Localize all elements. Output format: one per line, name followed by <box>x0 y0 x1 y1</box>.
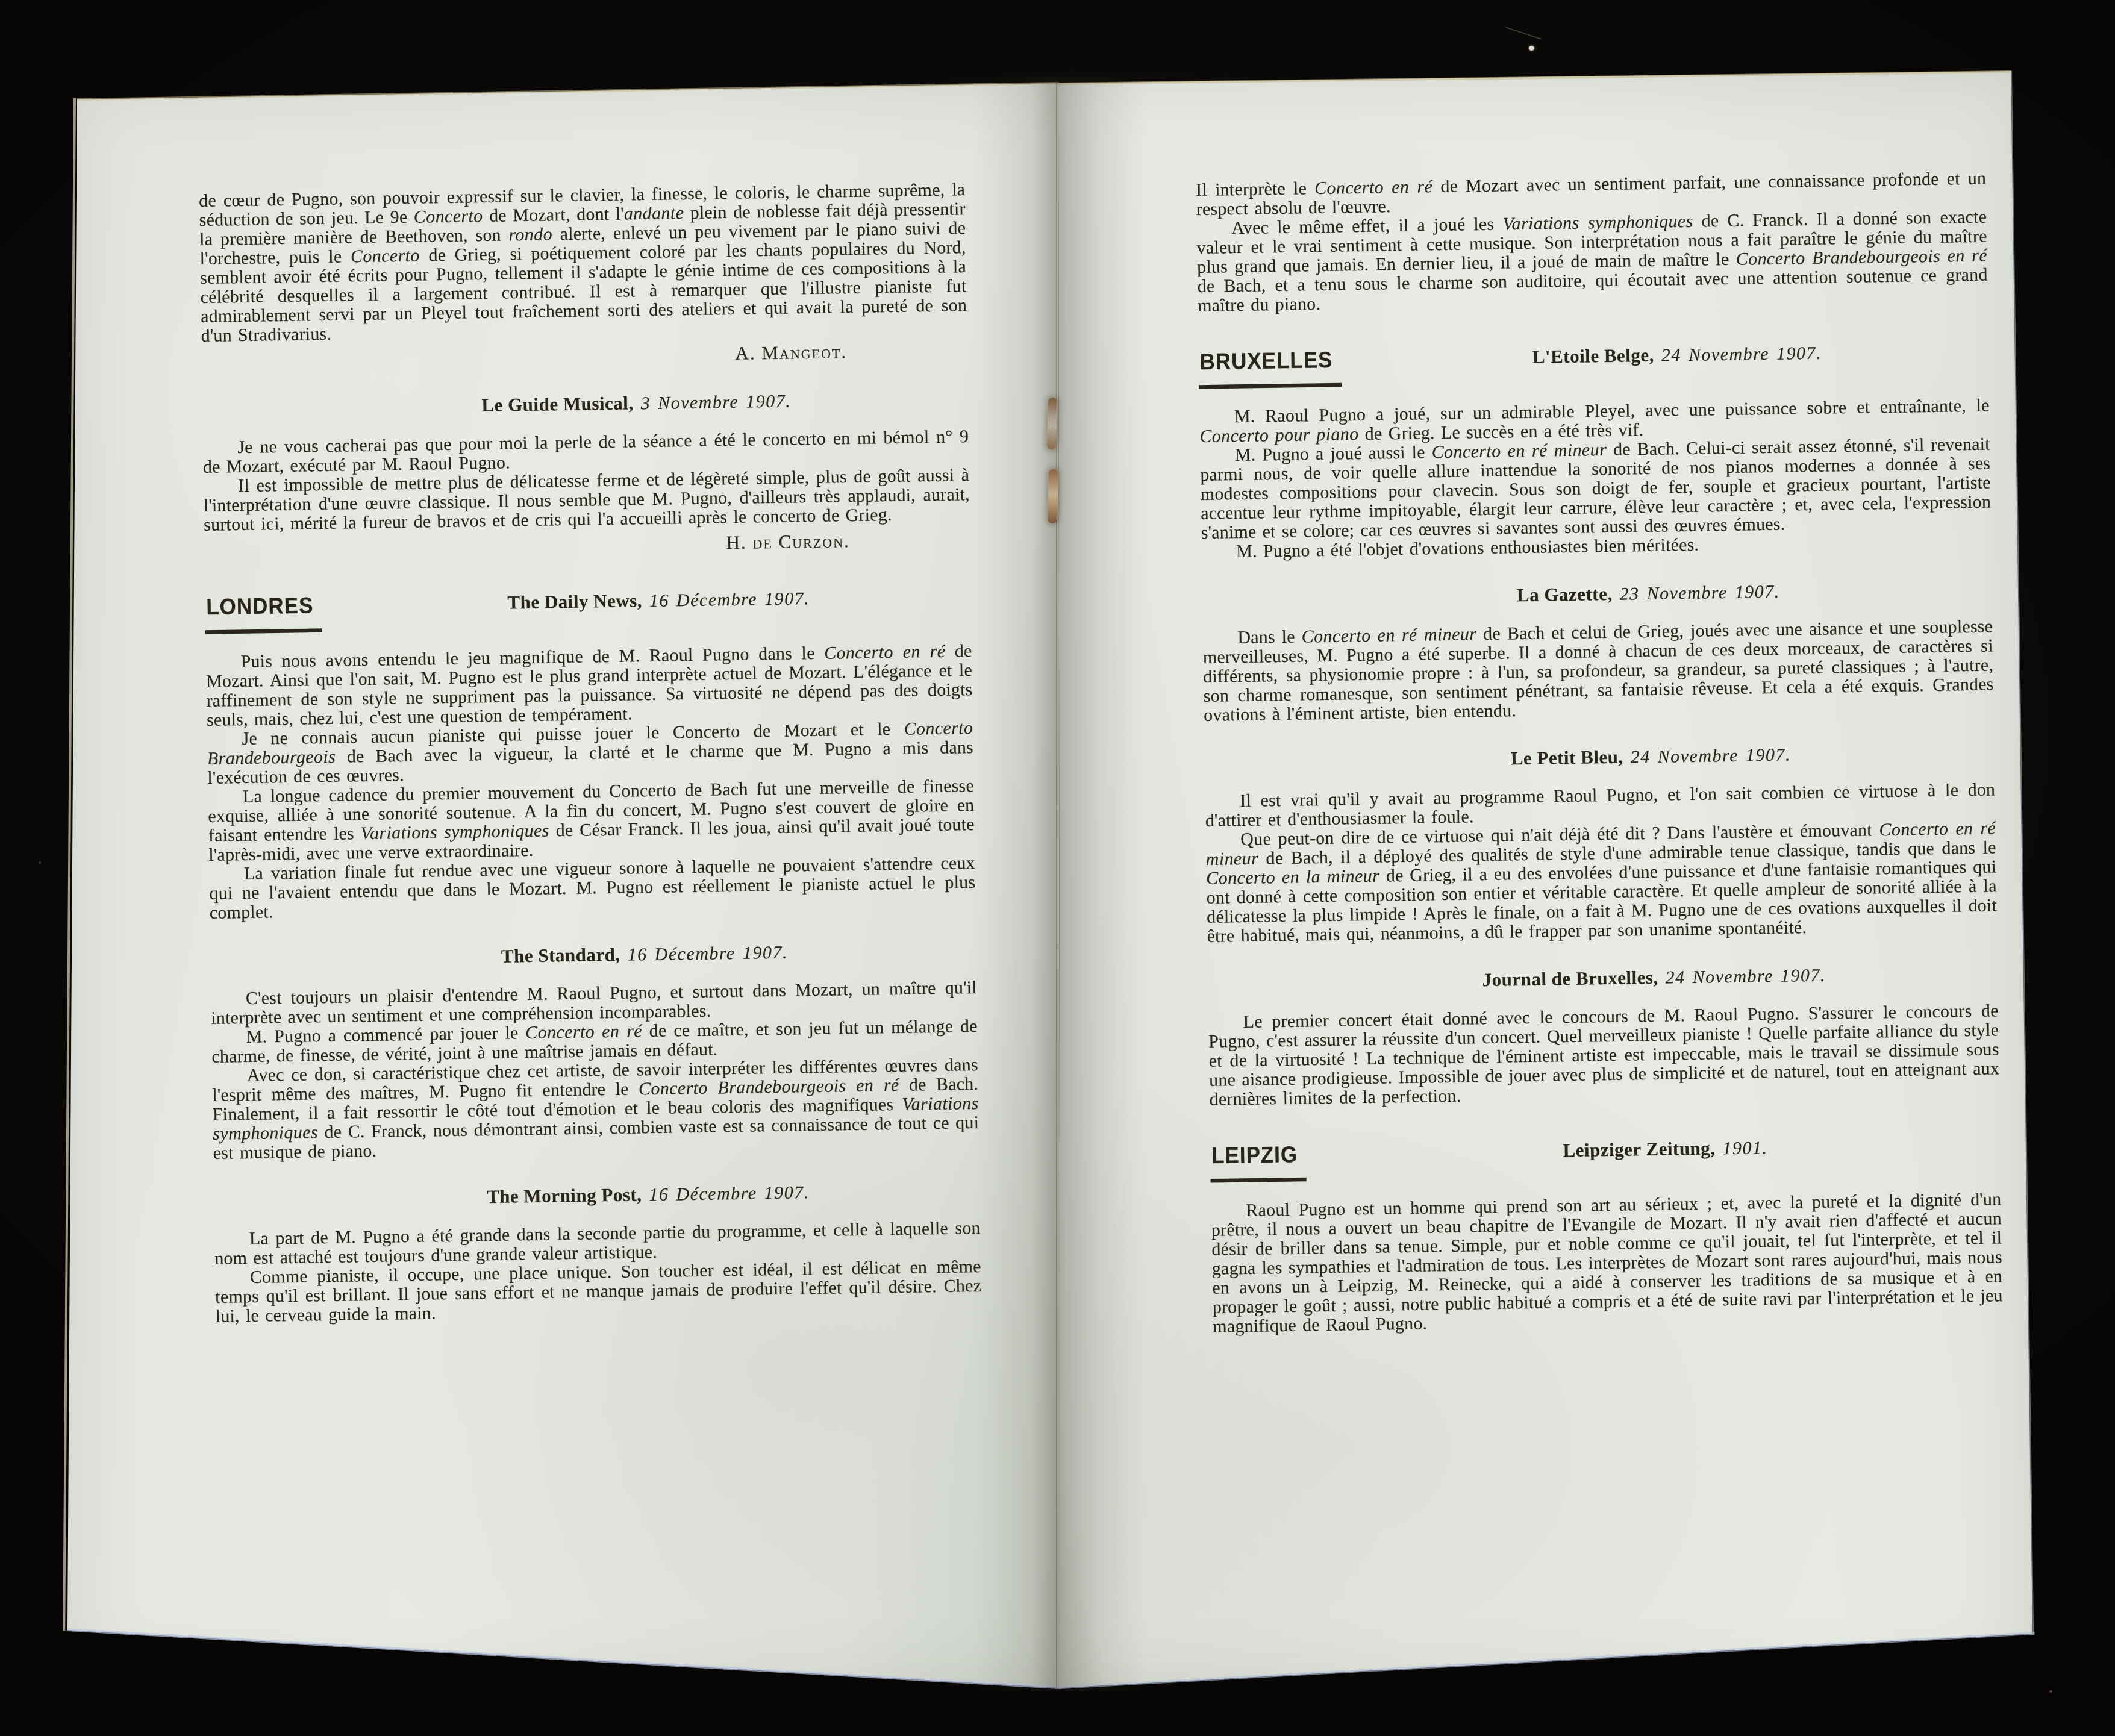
journal-name: La Gazette, <box>1517 583 1613 605</box>
review-paragraph: Dans le Concerto en ré mineur de Bach et… <box>1202 617 1994 725</box>
city-label: LONDRES <box>205 594 322 634</box>
journal-name: The Standard, <box>501 944 620 967</box>
journal-heading: The Daily News, 16 Décembre 1907. <box>346 585 971 616</box>
review-paragraph: de cœur de Pugno, son pouvoir expressif … <box>199 180 967 346</box>
fold-crease <box>1056 81 1057 1690</box>
journal-name: L'Etoile Belge, <box>1532 345 1654 367</box>
dust-speck <box>1529 46 1534 51</box>
review-date: 16 Décembre 1907. <box>642 1182 810 1205</box>
review-date: 1901. <box>1715 1138 1767 1158</box>
journal-heading: The Standard, 16 Décembre 1907. <box>210 939 976 972</box>
review-date: 24 Novembre 1907. <box>1654 343 1822 366</box>
review-date: 16 Décembre 1907. <box>642 589 810 611</box>
review-paragraph: Il est impossible de mettre plus de déli… <box>203 466 970 535</box>
city-label: LEIPZIG <box>1210 1143 1307 1182</box>
journal-heading: The Morning Post, 16 Décembre 1907. <box>214 1179 980 1212</box>
booklet-photo: de cœur de Pugno, son pouvoir expressif … <box>0 0 2115 1736</box>
review-date: 16 Décembre 1907. <box>620 943 788 965</box>
review-paragraph: Avec le même effet, il a joué les Variat… <box>1196 208 1988 316</box>
review-date: 23 Novembre 1907. <box>1612 582 1780 604</box>
dust-speck <box>39 861 41 864</box>
reviewer-signature: H. de Curzon. <box>204 531 850 561</box>
journal-heading: Le Guide Musical, 3 Novembre 1907. <box>202 388 968 420</box>
review-date: 24 Novembre 1907. <box>1623 745 1791 767</box>
review-paragraph: Comme pianiste, il occupe, une place uni… <box>215 1257 982 1326</box>
review-date: 24 Novembre 1907. <box>1658 966 1826 988</box>
journal-name: Leipziger Zeitung, <box>1563 1137 1715 1161</box>
review-paragraph: La variation finale fut rendue avec une … <box>209 854 976 923</box>
binding-stitch-top <box>1047 398 1057 449</box>
dust-speck <box>2049 1690 2052 1693</box>
journal-heading: Leipziger Zeitung, 1901. <box>1330 1134 2001 1165</box>
city-label: BRUXELLES <box>1198 348 1342 389</box>
right-page-text-column: Il interprète le Concerto en ré de Mozar… <box>1196 169 2003 1337</box>
left-page-text-column: de cœur de Pugno, son pouvoir expressif … <box>199 180 982 1326</box>
city-section-row: BRUXELLESL'Etoile Belge, 24 Novembre 190… <box>1198 339 1989 386</box>
journal-name: The Daily News, <box>507 590 642 613</box>
journal-heading: Journal de Bruxelles, 24 Novembre 1907. <box>1208 962 1998 994</box>
review-paragraph: M. Pugno a joué aussi le Concerto en ré … <box>1200 434 1992 542</box>
city-section-row: LONDRESThe Daily News, 16 Décembre 1907. <box>205 584 972 631</box>
review-paragraph: Le premier concert était donné avec le c… <box>1208 1001 2000 1109</box>
review-paragraph: Avec ce don, si caractéristique chez cet… <box>212 1055 979 1163</box>
review-date: 3 Novembre 1907. <box>633 391 791 413</box>
journal-name: Le Guide Musical, <box>481 392 634 416</box>
review-paragraph: Puis nous avons entendu le jeu magnifiqu… <box>205 642 973 730</box>
journal-name: Journal de Bruxelles, <box>1482 967 1658 990</box>
review-paragraph: La longue cadence du premier mouvement d… <box>208 776 975 865</box>
city-section-row: LEIPZIGLeipziger Zeitung, 1901. <box>1210 1132 2001 1179</box>
journal-heading: Le Petit Bleu, 24 Novembre 1907. <box>1204 741 1995 773</box>
journal-heading: L'Etoile Belge, 24 Novembre 1907. <box>1365 340 1988 370</box>
reviewer-signature: A. Mangeot. <box>201 342 847 372</box>
review-paragraph: Raoul Pugno est un homme qui prend son a… <box>1211 1190 2003 1336</box>
journal-heading: La Gazette, 23 Novembre 1907. <box>1202 578 1992 610</box>
journal-name: The Morning Post, <box>487 1184 642 1207</box>
review-paragraph: Que peut-on dire de ce virtuose qui n'ai… <box>1205 819 1998 946</box>
scratch-mark <box>1505 27 1542 39</box>
journal-name: Le Petit Bleu, <box>1510 746 1623 769</box>
binding-stitch-bottom <box>1048 469 1058 523</box>
